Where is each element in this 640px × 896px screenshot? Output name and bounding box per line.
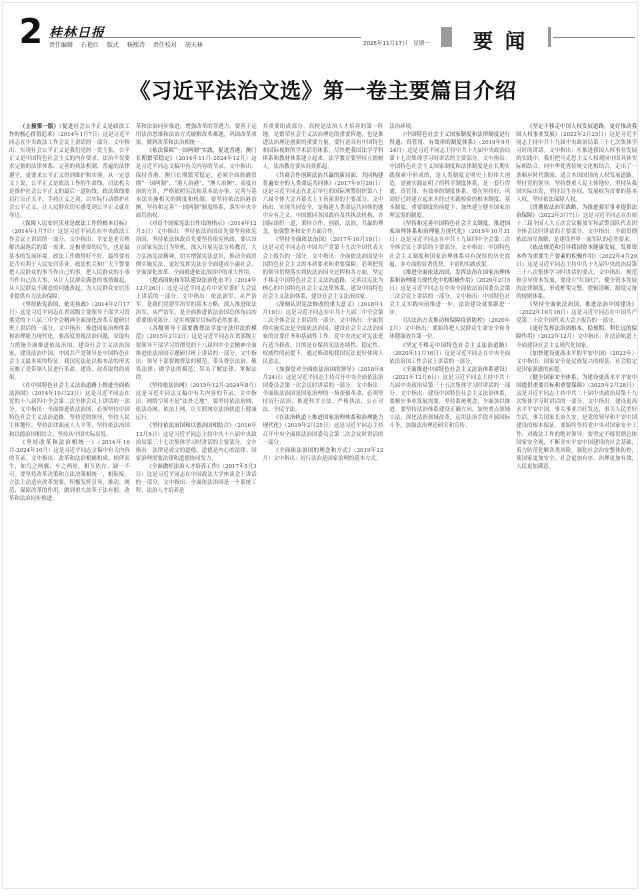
article-paragraph: 《加强党对全面依法治国的领导》（2018年8月24日）这是习近平同志主持召开中央… [263,366,384,415]
column-1: （上接第一版）《促进社会公平正义是政法工作的核心价值追求》（2014年1月7日）… [9,123,130,863]
column-2: 革和法治同步推进，增强改革的穿透力。要善于运用法治思维和法治方式破解改革难题，巩… [136,123,257,863]
work-title: 《提高国防和军队建设法治化水平》 [147,278,235,284]
article-paragraph: 《坚持全面依法治国》（2017年10月18日）这是习近平同志在中国共产党第十九次… [263,236,384,301]
column-4: 法治环境。《中国特色社会主义国家制度和法律制度是行得通、真管用、有效率的制度体系… [389,123,510,863]
article-paragraph: 《坚持和完善中国特色社会主义制度，推进国家治理体系和治理能力现代化》（2019年… [389,220,510,269]
work-title: 《以法治方式推动和保障疫情防控》 [400,318,488,324]
article-paragraph: 《全面推进中国特色社会主义法治体系建设》（2021年12月6日）这是习近平同志主… [389,366,510,431]
article-paragraph: 《更好发挥法治固根本、稳预期、利长远的保障作用》（2022年12月）文中指出：在… [516,325,637,349]
article-paragraph: 《全面依法治国的理念和方式》（2019年12月）文中指出：厉行法治是国家治理的基… [263,447,384,463]
paragraph-text: （2019年9月24日）这是习近平同志主持中共十九届中央政治局第十七次集体学习时… [389,140,510,219]
work-title: 《坚持依宪治国、依宪执政》 [20,302,92,308]
section-title: 要闻 [473,25,537,54]
paragraph-text: （2017年10月18日）这是习近平同志在中国共产党第十九次全国代表大会上报告的… [263,237,384,300]
article-paragraph: 《健全国家安全体系，为建设更高水平平安中国提供重要目标和重要保障》（2025年2… [516,374,637,471]
paragraph-text: （2014年1月7日）这是习近平同志在中央政法工作会议上讲话的一部分。文中指出：… [9,229,130,300]
credit-label: 责任编辑 [49,42,73,49]
article-paragraph: 《在中国特色社会主义法治道路上推进全面依法治国》（2014年10月23日）这是习… [9,382,130,439]
work-title: 《坚持全面依法治国，推进法治中国建设》 [527,302,637,308]
work-title: 《深刻认识宪法修改的重大意义》 [273,302,357,308]
article-paragraph: 《贯彻依法治军战略，为推进强军事业提供法治保障》（2022年3月7日）这是习近平… [516,204,637,244]
article-paragraph: 《提高国防和军队建设法治化水平》（2014年12月26日）这是习近平同志在中央军… [136,277,257,326]
paragraph-text: （2021年12月6日）这是习近平同志主持中共十九届中央政治局第三十五次集体学习… [389,375,510,430]
work-title: 《对首个国家宪法日作出的指示》 [147,221,228,227]
newspaper-logo: 桂林日报 [49,22,105,41]
work-title: 《全面做好法治人才培养工作》 [147,464,223,470]
article-paragraph: 《坚持全面依法治国，推进法治中国建设》（2022年10月16日）这是习近平同志在… [516,301,637,325]
work-title: 《全面推进中国特色社会主义法治体系建设》 [400,367,510,373]
work-title: 《坚持依法治网》 [147,383,190,389]
paragraph-text: 法治环境。 [389,124,416,130]
header-rule [121,37,361,38]
paragraph-text: （2018年1月19日）这是习近平同志在中共十九届二中全会第二次全体会议上讲话的… [263,302,384,365]
article-paragraph: 《坚持依宪治国、依宪执政》（2014年2月17日）这是习近平同志在省部级主要领导… [9,301,130,382]
work-title: 《坚持依法治国和以德治国相结合》 [147,423,235,429]
column-5: 《坚定不移走中国人权发展道路，更好推动我国人权事业发展》（2022年2月25日）… [516,123,637,863]
paragraph-text: （2018年8月24日）这是习近平同志主持召开中央全面依法治国委员会第一次会议时… [263,367,384,413]
credit-name: 石艳红 [81,42,99,49]
article-paragraph: 《依法保障“一国两制”实践，促进香港、澳门长期繁荣稳定》（2014年11月-20… [136,147,257,220]
article-paragraph: 《坚持依法治网》（2015年12月-2024年8月）这是习近平同志文稿中有关内容… [136,382,257,422]
article-paragraph: 《对首个国家宪法日作出的指示》（2014年12月3日）文中指出：坚持依法治国首先… [136,220,257,277]
paragraph-text: （2014年2月17日）这是习近平同志在省部级主要领导干部学习贯彻党的十八届三中… [9,302,130,381]
paragraph-text: （2014年10月-2024年10月）这是习近平同志文稿中有关内容的节录。文中指… [9,440,130,503]
column-3: 其重要组成部分。高校是法治人才培养的第一阵地，是繁荣社会主义法治理论的重要阵地，… [263,123,384,863]
continuation-note: （上接第一版） [20,124,60,130]
paragraph-text: 其重要组成部分。高校是法治人才培养的第一阵地，是繁荣社会主义法治理论的重要阵地，… [263,124,384,170]
article-paragraph: 《在法治轨道上推进国家治理体系和治理能力现代化》（2019年2月25日）这是习近… [263,414,384,446]
credit-label: 责任校对 [153,42,177,49]
date-text: 2025年11月17日 [363,41,408,47]
article-paragraph: 法治环境。 [389,123,510,131]
paragraph-text: （2020年11月16日）这是习近平同志在中央全面依法治国工作会议上讲话的一部分… [389,351,510,365]
work-title: 《坚持全面依法治国》 [273,237,329,243]
credit-name: 杨熙诗 [127,42,145,49]
header-rule [553,37,635,38]
paragraph-text: （2014年10月23日）这是习近平同志在党的十八届四中全会第二次全体会议上讲话… [9,391,130,437]
work-title: 《加强党对全面依法治国的领导》 [273,367,357,373]
article-paragraph: （上接第一版）《促进社会公平正义是政法工作的核心价值追求》（2014年1月7日）… [9,123,130,220]
work-title: 《保障人民安居乐业是政法工作的根本目标》 [20,221,130,227]
article-paragraph: 《坚定不移走中国特色社会主义法治道路》（2020年11月16日）这是习近平同志在… [389,342,510,366]
paragraph-text: （2022年2月25日）这是习近平同志主持中共十九届中央政治局第三十七次集体学习… [516,132,637,203]
paragraph-text: （2014年1月7日）这是习近平同志在中央政法工作会议上讲话的一部分。文中指出：… [9,132,130,219]
paragraph-text: （2014年11月-2024年12月）这是习近平同志文稿中有关内容的节录。文中指… [136,156,257,219]
paragraph-text: （2017年9月26日）这是习近平同志在北京举行的国际刑警组织第八十六届全体大会… [263,181,384,236]
article-paragraph: 《坚持改革和法治相统一》（2014年10月-2024年10月）这是习近平同志文稿… [9,439,130,504]
article-body: （上接第一版）《促进社会公平正义是政法工作的核心价值追求》（2014年1月7日）… [9,123,637,863]
paragraph-text: （2014年12月26日）这是习近平同志在中央军委扩大会议上讲话的一部分。文中指… [136,278,257,324]
masthead: 2 桂林日报 责任编辑 石艳红 版式 杨熙诗 责任校对 胡天林 2025年11月… [3,3,639,51]
section-marker [441,27,452,47]
article-headline: 《习近平法治文选》第一卷主要篇目介绍 [3,75,640,105]
article-paragraph: 《推进全面依法治国，发挥法治在国家治理体系和治理能力现代化中的积极作用》（202… [389,269,510,318]
credit-name: 胡天林 [185,42,203,49]
page-number: 2 [19,17,42,47]
weekday-text: 星期一 [413,41,430,47]
paragraph-text: 革和法治同步推进，增强改革的穿透力。要善于运用法治思维和法治方式破解改革难题，巩… [136,124,257,146]
article-paragraph: 《中国特色社会主义国家制度和法律制度是行得通、真管用、有效率的制度体系》（201… [389,131,510,220]
article-paragraph: 《以法治方式推动和保障疫情防控》（2020年2月）文中指出：要始终把人民群众生命… [389,317,510,341]
article-paragraph: 《共商合作创新法治共赢的新局面，共同构建普遍安全的人类命运共同体》（2017年9… [263,172,384,237]
article-paragraph: 《保障人民安居乐业是政法工作的根本目标》（2014年1月7日）这是习近平同志在中… [9,220,130,301]
paragraph-text: （2022年4月29日）这是习近平同志主持中共十九届中央政治局第三十八次集体学习… [516,254,637,300]
work-title: 《坚定不移走中国特色社会主义法治道路》 [400,343,510,349]
article-paragraph: 《加快建设更高水平的平安中国》（2023年）文中指出：国家安全是民族复兴的根基，… [516,350,637,374]
work-title: 《加快建设更高水平的平安中国》 [527,351,609,357]
article-paragraph: 其重要组成部分。高校是法治人才培养的第一阵地，是繁荣社会主义法治理论的重要阵地，… [263,123,384,172]
article-paragraph: 《坚持依法治国和以德治国相结合》（2016年12月9日）这是习近平同志主持中共十… [136,422,257,462]
newspaper-page: 2 桂林日报 责任编辑 石艳红 版式 杨熙诗 责任校对 胡天林 2025年11月… [2,2,638,889]
article-paragraph: 《深刻认识宪法修改的重大意义》（2018年1月19日）这是习近平同志在中共十九届… [263,301,384,366]
work-title: 《坚持改革和法治相统一》 [20,440,98,446]
issue-date: 2025年11月17日 星期一 [363,39,434,47]
work-title: 《全面依法治国的理念和方式》 [273,448,353,454]
credit-label: 版式 [107,42,119,49]
paragraph-text: （2025年2月28日）这是习近平同志主持中共二十届中央政治局第十九次集体学习时… [516,383,637,470]
paragraph-text: （2022年10月16日）这是习近平同志在中国共产党第二十次全国代表大会上报告的… [516,310,637,324]
article-paragraph: 《依法规范和引导我国资本健康发展，发挥资本作为重要生产要素的积极作用》（2022… [516,244,637,301]
editorial-credits: 责任编辑 石艳红 版式 杨熙诗 责任校对 胡天林 [49,40,209,49]
article-paragraph: 《各级领导干部要做尊法学法守法用法的模范》（2015年2月2日）这是习近平同志在… [136,325,257,382]
article-paragraph: 《全面做好法治人才培养工作》（2017年5月3日）这是习近平同志在中国政法大学座… [136,463,257,495]
article-paragraph: 革和法治同步推进，增强改革的穿透力。要善于运用法治思维和法治方式破解改革难题，巩… [136,123,257,147]
paragraph-text: （2015年2月2日）这是习近平同志在省部级主要领导干部学习贯彻党的十八届四中全… [136,334,257,380]
header-rule [49,37,121,38]
article-paragraph: 《坚定不移走中国人权发展道路，更好推动我国人权事业发展》（2022年2月25日）… [516,123,637,204]
section-marker [548,27,551,47]
paragraph-text: （2014年12月3日）文中指出：坚持依法治国首先要坚持依宪治国，坚持依法执政首… [136,221,257,276]
